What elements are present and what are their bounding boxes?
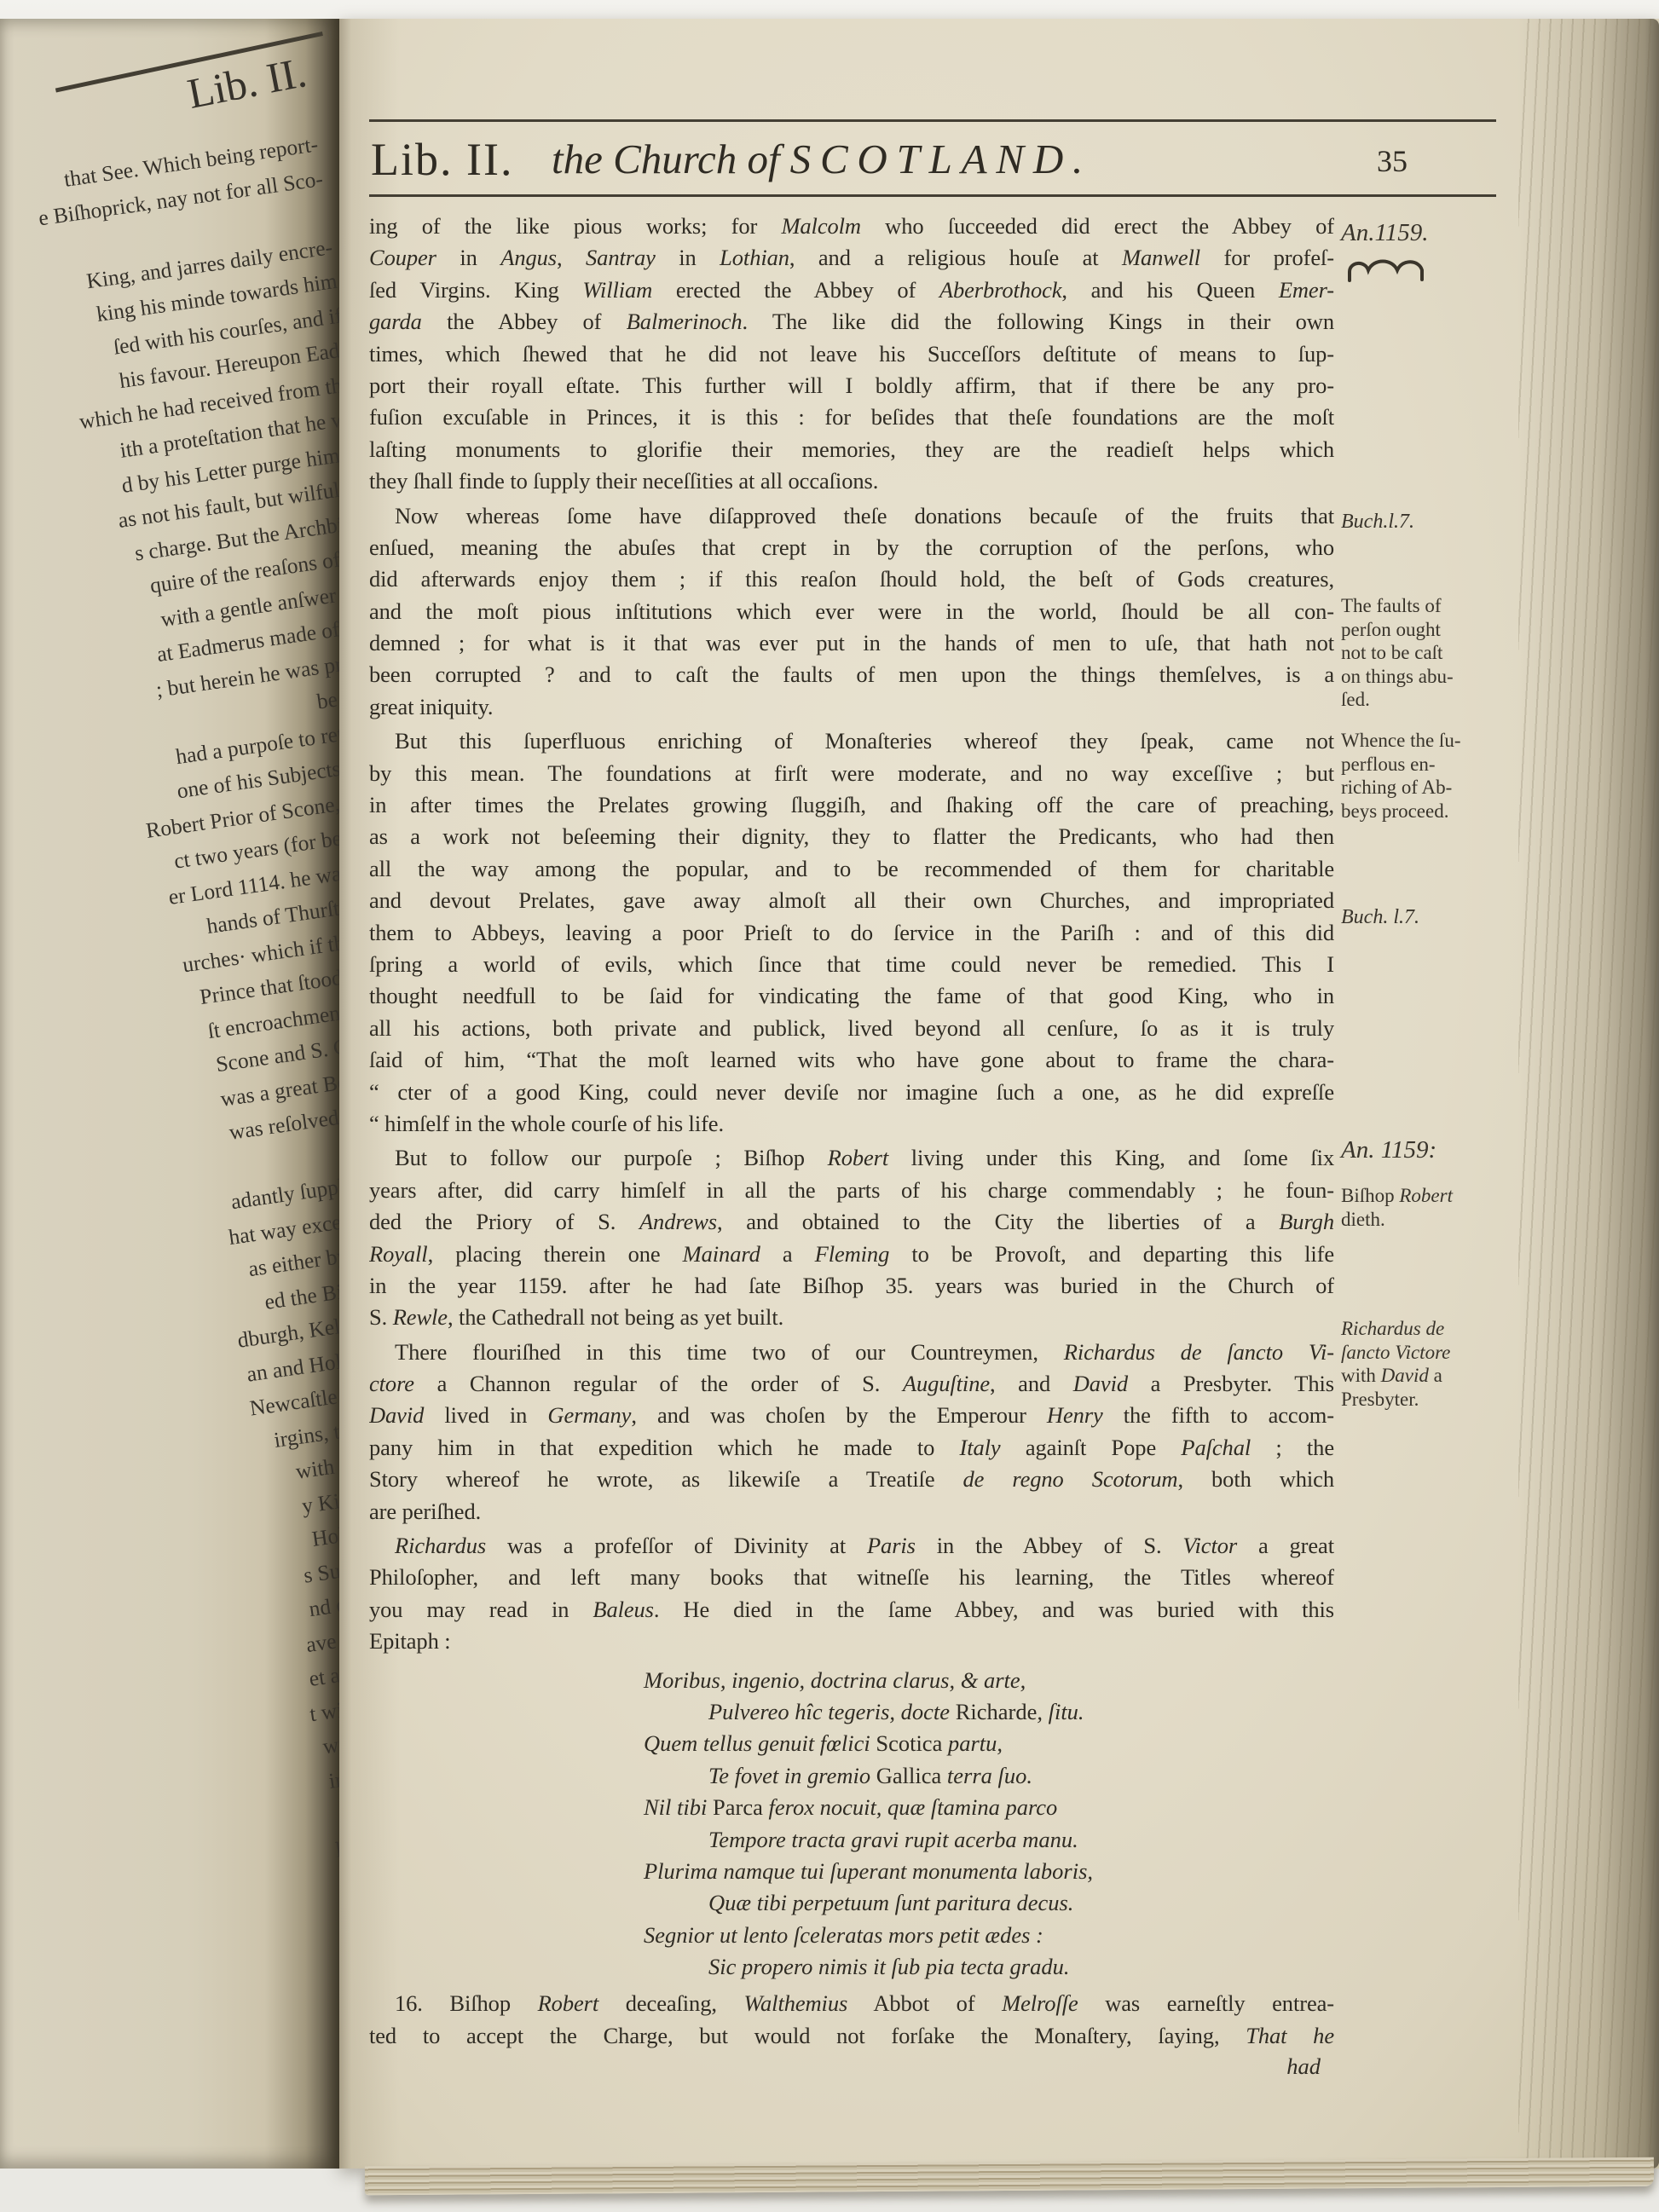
facing-page-content: Lib. II. that See. Which being report-e …: [0, 41, 339, 2167]
running-title: the Church ofSCOTLAND.: [552, 135, 1092, 183]
page-number: 35: [1377, 143, 1408, 179]
text-line: all the way among the popular, and to be…: [369, 853, 1334, 885]
text-line: as a work not beſeeming their dignity, t…: [369, 821, 1334, 852]
text-line: Royall, placing therein one Mainard a Fl…: [369, 1239, 1334, 1270]
text-line: demned ; for what is it that was ever pu…: [369, 627, 1334, 659]
text-line: Philoſopher, and left many books that wi…: [369, 1562, 1334, 1593]
catchword: had: [369, 2053, 1334, 2080]
epitaph-line: Moribus, ingenio, doctrina clarus, & art…: [369, 1665, 1334, 1696]
text-line: ſaid of him, “That the moſt learned wits…: [369, 1044, 1334, 1076]
epitaph-line: Nil tibi Parca ferox nocuit, quæ ſtamina…: [369, 1792, 1334, 1823]
text-line: Couper in Angus, Santray in Lothian, and…: [369, 242, 1334, 274]
text-line: “ himſelf in the whole courſe of his lif…: [369, 1108, 1334, 1140]
text-line: There flouriſhed in this time two of our…: [369, 1337, 1334, 1368]
text-line: ded the Priory of S. Andrews, and obtain…: [369, 1206, 1334, 1238]
page-fore-edge: [1518, 19, 1659, 2169]
text-line: ted to accept the Charge, but would not …: [369, 2020, 1334, 2052]
text-line: times, which ſhewed that he did not leav…: [369, 338, 1334, 370]
header-rule-top: [369, 119, 1496, 122]
epitaph-line: Pulvereo hîc tegeris, docte Richarde, ſi…: [369, 1696, 1334, 1728]
epitaph-line: Tempore tracta gravi rupit acerba manu.: [369, 1824, 1334, 1856]
text-line: enſued, meaning the abuſes that crept in…: [369, 532, 1334, 563]
epitaph-line: Quem tellus genuit fœlici Scotica partu,: [369, 1728, 1334, 1759]
text-line: pany him in that expedition which he mad…: [369, 1432, 1334, 1464]
book-photograph: Lib. II. that See. Which being report-e …: [0, 0, 1659, 2212]
running-header: Lib. II. the Church ofSCOTLAND. 35: [369, 130, 1512, 189]
text-line: by this mean. The foundations at firſt w…: [369, 758, 1334, 789]
text-line: But to follow our purpoſe ; Biſhop Rober…: [369, 1142, 1334, 1174]
text-line: and devout Prelates, gave away almoſt al…: [369, 885, 1334, 916]
text-line: “ cter of a good King, could never deviſ…: [369, 1077, 1334, 1108]
epitaph-line: Te fovet in gremio Gallica terra ſuo.: [369, 1760, 1334, 1792]
text-line: ſpring a world of evils, which ſince tha…: [369, 949, 1334, 980]
running-title-caps: SCOTLAND.: [790, 136, 1092, 182]
text-line: fuſion excuſable in Princes, it is this …: [369, 401, 1334, 433]
paragraph: ing of the like pious works; for Malcolm…: [369, 211, 1334, 498]
text-line: ctore a Channon regular of the order of …: [369, 1368, 1334, 1400]
text-line: you may read in Baleus. He died in the ſ…: [369, 1594, 1334, 1626]
text-line: S. Rewle, the Cathedrall not being as ye…: [369, 1302, 1334, 1333]
paragraph: Now whereas ſome have diſapproved theſe …: [369, 500, 1334, 724]
text-line: in after times the Prelates growing ſlug…: [369, 789, 1334, 821]
text-line: 16. Biſhop Robert deceaſing, Walthemius …: [369, 1988, 1334, 2019]
text-line: Now whereas ſome have diſapproved theſe …: [369, 500, 1334, 532]
text-line: Epitaph :: [369, 1626, 1334, 1657]
text-line: garda the Abbey of Balmerinoch. The like…: [369, 306, 1334, 338]
text-line: David lived in Germany, and was choſen b…: [369, 1400, 1334, 1431]
paragraph: But this ſuperfluous enriching of Monaſt…: [369, 725, 1334, 1140]
paragraph: There flouriſhed in this time two of our…: [369, 1337, 1334, 1528]
page-bottom-edges: [365, 2157, 1654, 2196]
epitaph-line: Plurima namque tui ſuperant monumenta la…: [369, 1856, 1334, 1887]
text-line: Richardus was a profeſſor of Divinity at…: [369, 1530, 1334, 1562]
text-line: ing of the like pious works; for Malcolm…: [369, 211, 1334, 242]
epitaph-line: Quæ tibi perpetuum ſunt paritura decus.: [369, 1887, 1334, 1919]
facing-page-text: that See. Which being report-e Biſhopric…: [0, 124, 339, 2167]
body-text: ing of the like pious works; for Malcolm…: [369, 211, 1334, 2080]
text-line: all his actions, both private and public…: [369, 1013, 1334, 1044]
text-line: are periſhed.: [369, 1496, 1334, 1528]
text-line: laſting monuments to glorifie their memo…: [369, 434, 1334, 465]
book-label: Lib. II.: [371, 133, 513, 186]
facing-page: Lib. II. that See. Which being report-e …: [0, 19, 339, 2169]
text-line: them to Abbeys, leaving a poor Prieſt to…: [369, 917, 1334, 949]
text-line: port their royall eſtate. This further w…: [369, 370, 1334, 401]
text-line: in the year 1159. after he had ſate Biſh…: [369, 1270, 1334, 1302]
header-rule-bottom: [369, 194, 1496, 197]
running-title-prefix: the Church of: [552, 136, 780, 182]
text-line: they ſhall finde to ſupply their neceſſi…: [369, 465, 1334, 497]
epitaph: Moribus, ingenio, doctrina clarus, & art…: [369, 1665, 1334, 1984]
paragraph: Richardus was a profeſſor of Divinity at…: [369, 1530, 1334, 1658]
text-line: ſed Virgins. King William erected the Ab…: [369, 274, 1334, 306]
text-line: Story whereof he wrote, as likewiſe a Tr…: [369, 1464, 1334, 1495]
epitaph-line: Segnior ut lento ſceleratas mors petit æ…: [369, 1920, 1334, 1951]
catchword-text: had: [1286, 2053, 1321, 2079]
epitaph-line: Sic propero nimis it ſub pia tecta gradu…: [369, 1951, 1334, 1983]
text-line: great iniquity.: [369, 691, 1334, 723]
text-line: been corrupted ? and to caſt the faults …: [369, 659, 1334, 690]
text-line: years after, did carry himſelf in all th…: [369, 1175, 1334, 1206]
paragraph: But to follow our purpoſe ; Biſhop Rober…: [369, 1142, 1334, 1333]
text-line: did afterwards enjoy them ; if this reaſ…: [369, 563, 1334, 595]
margin-note-text: An.1159.: [1341, 219, 1429, 246]
text-line: thought needfull to be ſaid for vindicat…: [369, 980, 1334, 1012]
paragraph: 16. Biſhop Robert deceaſing, Walthemius …: [369, 1988, 1334, 2052]
squiggle-ornament: [1343, 251, 1445, 286]
text-line: and the moſt pious inſtitutions which ev…: [369, 596, 1334, 627]
book-page: Lib. II. the Church ofSCOTLAND. 35 ing o…: [339, 19, 1659, 2169]
text-line: But this ſuperfluous enriching of Monaſt…: [369, 725, 1334, 757]
